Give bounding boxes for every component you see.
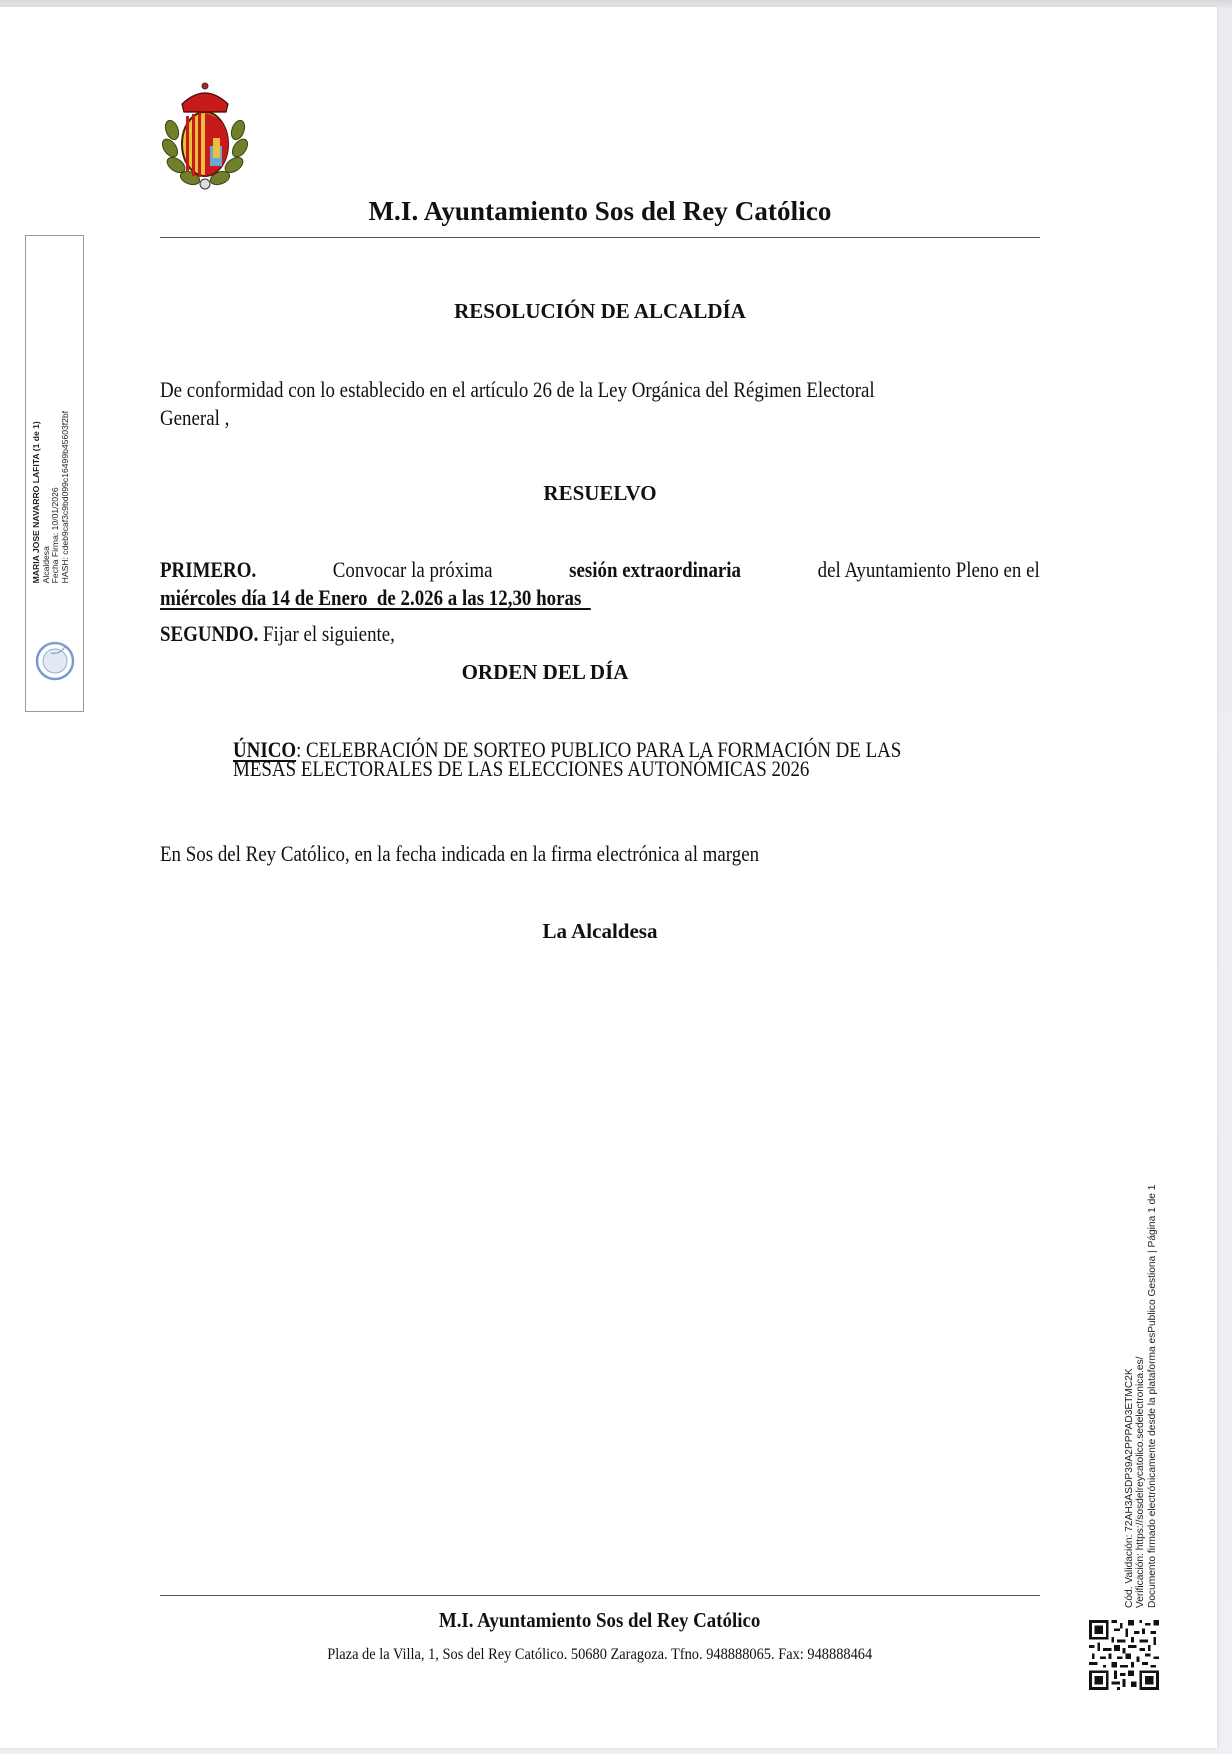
footer-title-text: M.I. Ayuntamiento Sos del Rey Católico	[439, 1608, 760, 1633]
resolution-heading: RESOLUCIÓN DE ALCALDÍA	[160, 299, 1040, 324]
footer-divider	[160, 1595, 1040, 1596]
signature-hash: HASH: cdeb9caf3c9bd099c16499b45603f2bf	[61, 411, 71, 584]
intro-paragraph: De conformidad con lo establecido en el …	[160, 377, 1040, 431]
resolve-heading: RESUELVO	[160, 481, 1040, 506]
session-type: sesión extraordinaria	[569, 557, 741, 583]
footer-address-text: Plaza de la Villa, 1, Sos del Rey Católi…	[328, 1646, 873, 1664]
segundo-label: SEGUNDO.	[160, 621, 258, 646]
signature-note: Documento firmado electrónicamente desde…	[1147, 1185, 1158, 1608]
header-title: M.I. Ayuntamiento Sos del Rey Católico	[160, 196, 1040, 227]
qr-code-icon[interactable]	[1088, 1620, 1160, 1690]
agenda-heading: ORDEN DEL DÍA	[360, 660, 730, 685]
footer-title: M.I. Ayuntamiento Sos del Rey Católico	[160, 1608, 1040, 1633]
verification-url[interactable]: Verificación: https://sosdelreycatolico.…	[1135, 1185, 1146, 1608]
signature-title: La Alcaldesa	[160, 919, 1040, 944]
segundo-paragraph: SEGUNDO. Fijar el siguiente,	[160, 621, 433, 647]
coat-of-arms-icon	[160, 78, 250, 193]
agenda-item-unico: ÚNICO: CELEBRACIÓN DE SORTEO PUBLICO PAR…	[233, 737, 1010, 782]
primero-label: PRIMERO.	[160, 557, 256, 583]
primero-text-b: del Ayuntamiento Pleno en el	[818, 557, 1040, 583]
primero-paragraph: PRIMERO. Convocar la próxima sesión extr…	[160, 557, 1040, 611]
official-seal-icon	[33, 637, 77, 681]
validation-code: Cód. Validación: 72AH3ASDP39A2PPPAD3ETMC…	[1124, 1185, 1135, 1608]
signature-stamp-text: MARIA JOSE NAVARRO LAFITA (1 de 1) Alcal…	[32, 411, 70, 584]
closing-paragraph: En Sos del Rey Católico, en la fecha ind…	[160, 841, 857, 867]
signature-stamp: MARIA JOSE NAVARRO LAFITA (1 de 1) Alcal…	[25, 235, 84, 712]
primero-text-a: Convocar la próxima	[333, 557, 493, 583]
document-page	[0, 7, 1217, 1748]
footer-address: Plaza de la Villa, 1, Sos del Rey Católi…	[160, 1646, 1040, 1664]
segundo-text: Fijar el siguiente,	[263, 621, 395, 646]
intro-line-2: General ,	[160, 405, 917, 431]
intro-line-1: De conformidad con lo establecido en el …	[160, 377, 875, 403]
session-date: miércoles día 14 de Enero de 2.026 a las…	[160, 585, 917, 611]
verification-info: Cód. Validación: 72AH3ASDP39A2PPPAD3ETMC…	[1124, 1185, 1158, 1608]
closing-text: En Sos del Rey Católico, en la fecha ind…	[160, 841, 759, 867]
header-divider	[160, 237, 1040, 238]
unico-line-2: MESAS ELECTORALES DE LAS ELECCIONES AUTO…	[233, 756, 809, 782]
